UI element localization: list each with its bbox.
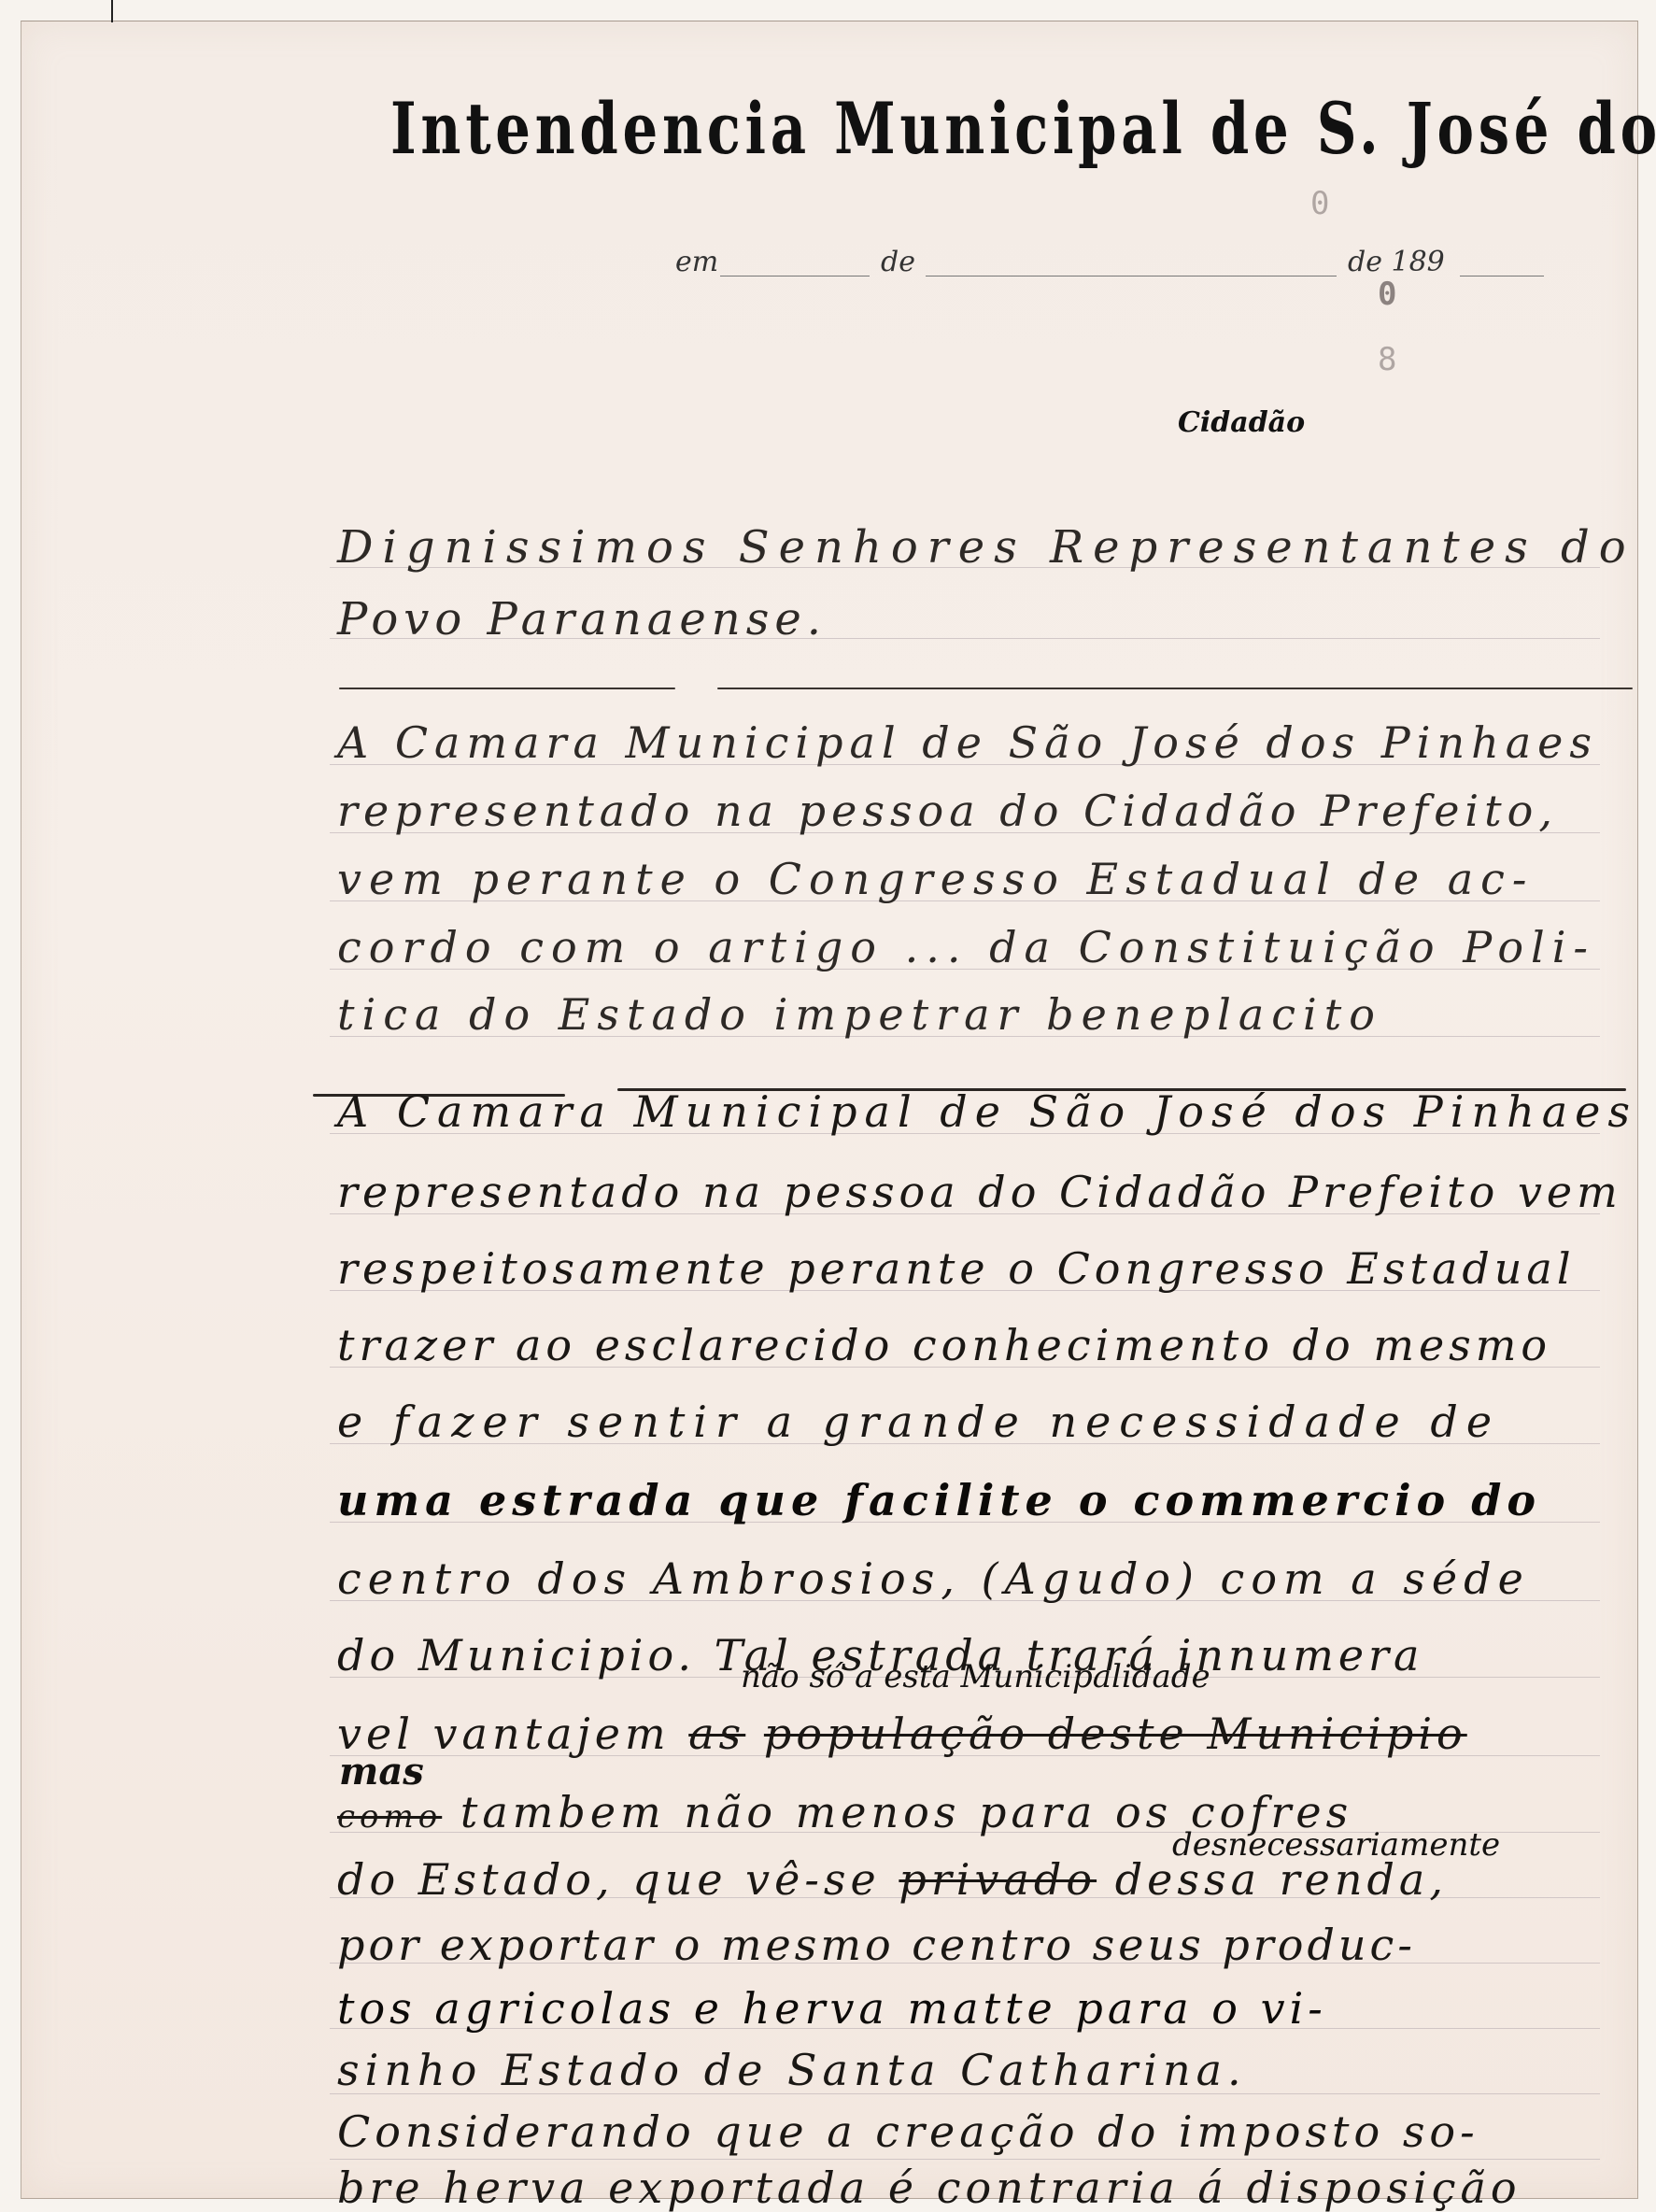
struck-text: como [337, 1798, 442, 1836]
paragraph1-line: cordo com o artigo ... da Constituição P… [337, 922, 1595, 972]
paragraph2-line: e fazer sentir a grande necessidade de [337, 1397, 1500, 1447]
section-divider [339, 688, 675, 689]
date-blank-day [720, 276, 870, 276]
paragraph2-line: uma estrada que facilite o commercio do [337, 1475, 1541, 1525]
paragraph2-line: trazer ao esclarecido conhecimento do me… [337, 1320, 1551, 1370]
margin-stamp-char: 0 [1310, 185, 1329, 222]
document-page: Intendencia Municipal de S. José dos Pin… [21, 21, 1638, 2199]
letterhead-title: Intendencia Municipal de S. José dos Pin… [390, 87, 1656, 170]
salutation-printed: Cidadão [1178, 406, 1305, 439]
paragraph2-line: sinho Estado de Santa Catharina. [337, 2045, 1247, 2095]
paragraph3-line: Considerando que a creação do imposto so… [337, 2106, 1479, 2157]
margin-stamp-char: 8 [1378, 341, 1396, 378]
binder-clip-line [111, 0, 113, 22]
date-blank-year [1460, 276, 1544, 276]
paragraph1-line: A Camara Municipal de São José dos Pinha… [337, 717, 1598, 768]
date-mid: de [881, 246, 915, 278]
struck-text: população deste Municipio [764, 1709, 1467, 1759]
date-blank-month [926, 276, 1337, 276]
paragraph2-line: por exportar o mesmo centro seus produc- [337, 1920, 1416, 1970]
date-prefix: em [675, 246, 718, 278]
insertion-text: não só a esta Municipalidade [741, 1658, 1210, 1695]
ruled-line [330, 2159, 1600, 2160]
paragraph2-line-revised: do Estado, que vê-se privado dessa renda… [337, 1854, 1448, 1905]
margin-stamp-char: 0 [1378, 276, 1396, 313]
struck-text: as [688, 1709, 745, 1759]
paragraph1-line: tica do Estado impetrar beneplacito [337, 989, 1382, 1040]
text-segment: dessa renda, [1115, 1854, 1448, 1905]
struck-text: privado [899, 1854, 1097, 1905]
paragraph2-line-revised: vel vantajem as população deste Municipi… [337, 1709, 1467, 1759]
paragraph2-line: A Camara Municipal de São José dos Pinha… [337, 1086, 1637, 1137]
paragraph3-line: bre herva exportada é contraria á dispos… [337, 2162, 1522, 2212]
paragraph2-line: respeitosamente perante o Congresso Esta… [337, 1243, 1576, 1294]
paragraph2-line: tos agricolas e herva matte para o vi- [337, 1983, 1327, 2034]
paragraph1-line: vem perante o Congresso Estadual de ac- [337, 854, 1534, 904]
address-line: Povo Paranaense. [337, 593, 827, 645]
paragraph2-line: centro dos Ambrosios, (Agudo) com a séde [337, 1553, 1530, 1604]
address-line: Dignissimos Senhores Representantes do [337, 521, 1635, 574]
text-segment: do Estado, que vê-se [337, 1854, 881, 1905]
paragraph1-line: representado na pessoa do Cidadão Prefei… [337, 786, 1558, 836]
section-divider [717, 688, 1633, 689]
paragraph2-line: representado na pessoa do Cidadão Prefei… [337, 1167, 1622, 1217]
date-suffix: de 189 [1348, 246, 1445, 278]
